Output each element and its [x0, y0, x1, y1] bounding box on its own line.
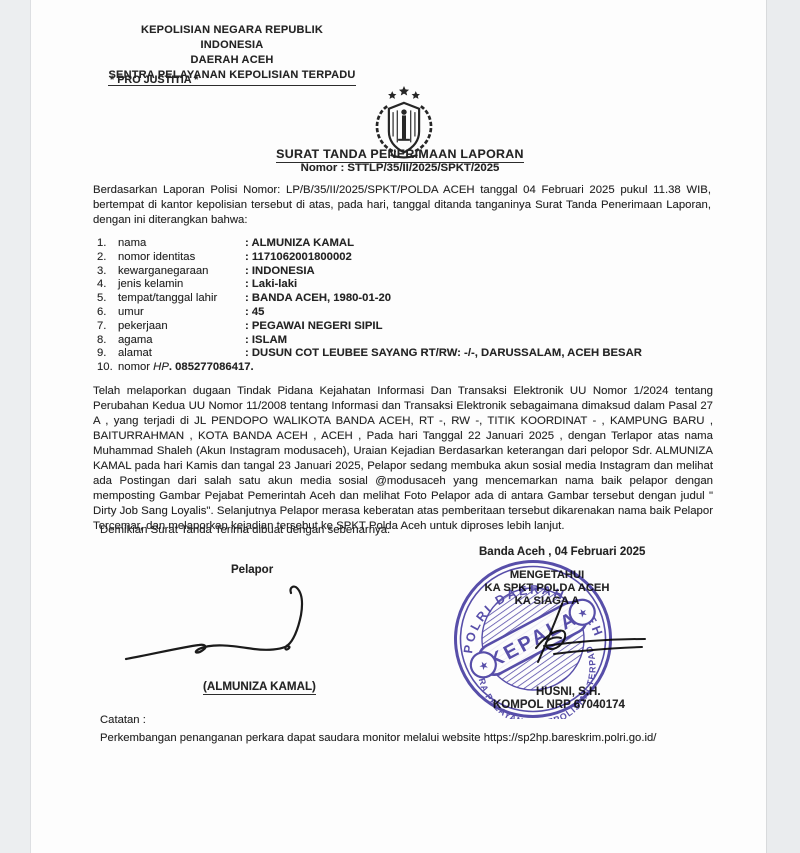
scan-edge-left [0, 0, 31, 853]
scanned-police-report-document: { "header": { "line1": "KEPOLISIAN NEGAR… [0, 0, 800, 853]
row-label: alamat [118, 347, 245, 361]
letterhead-line1: KEPOLISIAN NEGARA REPUBLIK INDONESIA [108, 23, 356, 53]
row-number: 3. [97, 265, 118, 279]
place-and-date: Banda Aceh , 04 Februari 2025 [479, 546, 645, 558]
document-title: SURAT TANDA PENERIMAAN LAPORAN [276, 147, 524, 163]
identity-row: 5. tempat/tanggal lahir : BANDA ACEH, 19… [97, 292, 717, 306]
row-label: nomor HP. 085277086417. [118, 361, 245, 375]
official-signature [505, 600, 695, 675]
row-label: umur [118, 306, 245, 320]
row-number: 4. [97, 278, 118, 292]
row-value: : Laki-laki [245, 278, 297, 292]
row-number: 8. [97, 334, 118, 348]
row-value: : ALMUNIZA KAMAL [245, 237, 354, 251]
document-number: Nomor : STTLP/35/II/2025/SPKT/2025 [0, 162, 800, 174]
row-value: : DUSUN COT LEUBEE SAYANG RT/RW: -/-, DA… [245, 347, 642, 361]
identity-row: 7. pekerjaan : PEGAWAI NEGERI SIPIL [97, 320, 717, 334]
row-value: : ISLAM [245, 334, 287, 348]
identity-row: 8. agama : ISLAM [97, 334, 717, 348]
row-label: tempat/tanggal lahir [118, 292, 245, 306]
row-number: 2. [97, 251, 118, 265]
document-title-wrap: SURAT TANDA PENERIMAAN LAPORAN [0, 145, 800, 163]
row-number: 9. [97, 347, 118, 361]
pro-justitia-label: * PRO JUSTITIA * [110, 74, 198, 86]
row-value: : INDONESIA [245, 265, 315, 279]
row-number: 1. [97, 237, 118, 251]
row-label-tail: . 085277086417. [169, 361, 254, 373]
row-number: 10. [97, 361, 118, 375]
row-label-italic: HP [153, 361, 169, 373]
row-number: 6. [97, 306, 118, 320]
row-label: nomor identitas [118, 251, 245, 265]
identity-row: 4. jenis kelamin : Laki-laki [97, 278, 717, 292]
row-value: : 45 [245, 306, 264, 320]
scan-edge-right [766, 0, 800, 853]
row-label: kewarganegaraan [118, 265, 245, 279]
row-value: : 1171062001800002 [245, 251, 352, 265]
letterhead-line2: DAERAH ACEH [108, 53, 356, 68]
reporter-identity-list: 1. nama : ALMUNIZA KAMAL 2. nomor identi… [97, 237, 717, 375]
identity-row: 1. nama : ALMUNIZA KAMAL [97, 237, 717, 251]
row-number: 5. [97, 292, 118, 306]
reporter-role-label: Pelapor [231, 564, 273, 576]
row-label: agama [118, 334, 245, 348]
identity-row: 9. alamat : DUSUN COT LEUBEE SAYANG RT/R… [97, 347, 717, 361]
identity-row: 10. nomor HP. 085277086417. [97, 361, 717, 375]
identity-row: 6. umur : 45 [97, 306, 717, 320]
identity-row: 3. kewarganegaraan : INDONESIA [97, 265, 717, 279]
row-label: nama [118, 237, 245, 251]
reporter-signature [113, 581, 405, 692]
identity-row: 2. nomor identitas : 1171062001800002 [97, 251, 717, 265]
closing-sentence: Demikian Surat Tanda Terima dibuat denga… [100, 524, 390, 536]
row-number: 7. [97, 320, 118, 334]
row-value: : PEGAWAI NEGERI SIPIL [245, 320, 382, 334]
incident-narrative: Telah melaporkan dugaan Tindak Pidana Ke… [93, 384, 713, 534]
note-text: Perkembangan penanganan perkara dapat sa… [100, 732, 712, 744]
row-value: : BANDA ACEH, 1980-01-20 [245, 292, 391, 306]
row-label: pekerjaan [118, 320, 245, 334]
row-label: jenis kelamin [118, 278, 245, 292]
intro-paragraph: Berdasarkan Laporan Polisi Nomor: LP/B/3… [93, 183, 711, 229]
note-label: Catatan : [100, 714, 146, 726]
